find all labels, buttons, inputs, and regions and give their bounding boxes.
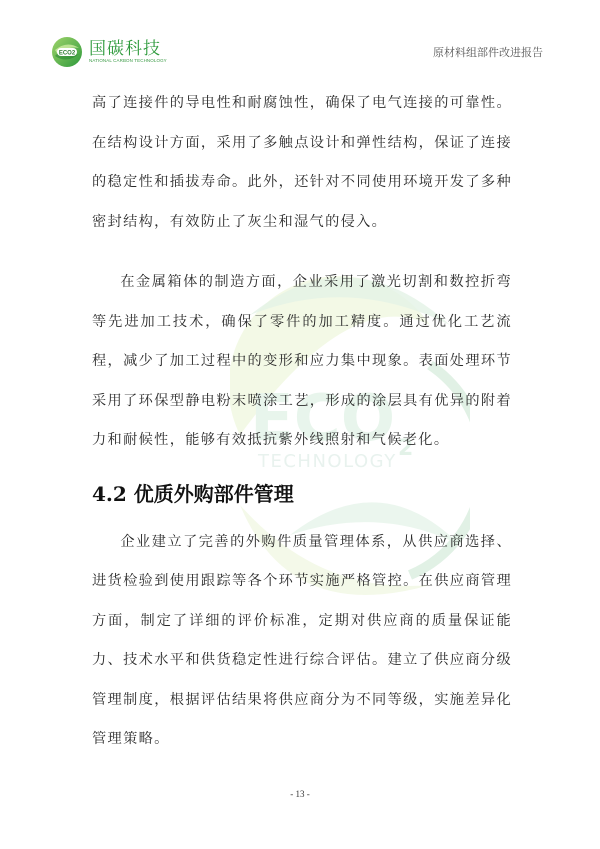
document-body: 高了连接件的导电性和耐腐蚀性，确保了电气连接的可靠性。在结构设计方面，采用了多触… xyxy=(92,84,512,760)
paragraph-metal-cabinet: 在金属箱体的制造方面，企业采用了激光切割和数控折弯等先进加工技术，确保了零件的加… xyxy=(92,263,512,461)
paragraph-connector-design: 高了连接件的导电性和耐腐蚀性，确保了电气连接的可靠性。在结构设计方面，采用了多触… xyxy=(92,84,512,242)
page-number: - 13 - xyxy=(0,789,600,799)
company-name-cn: 国碳科技 xyxy=(89,40,167,58)
company-name-en: NATIONAL CARBON TECHNOLOGY xyxy=(89,58,167,64)
paragraph-outsourced-parts: 企业建立了完善的外购件质量管理体系，从供应商选择、进货检验到使用跟踪等各个环节实… xyxy=(92,523,512,760)
svg-text:ECO2: ECO2 xyxy=(59,50,76,56)
report-title: 原材料组部件改进报告 xyxy=(433,44,543,60)
company-logo: ECO2 国碳科技 NATIONAL CARBON TECHNOLOGY xyxy=(51,36,167,68)
eco2-leaf-icon: ECO2 xyxy=(51,36,83,68)
section-heading-4-2: 4.2 优质外购部件管理 xyxy=(92,479,512,509)
page-header: ECO2 国碳科技 NATIONAL CARBON TECHNOLOGY 原材料… xyxy=(0,0,600,80)
